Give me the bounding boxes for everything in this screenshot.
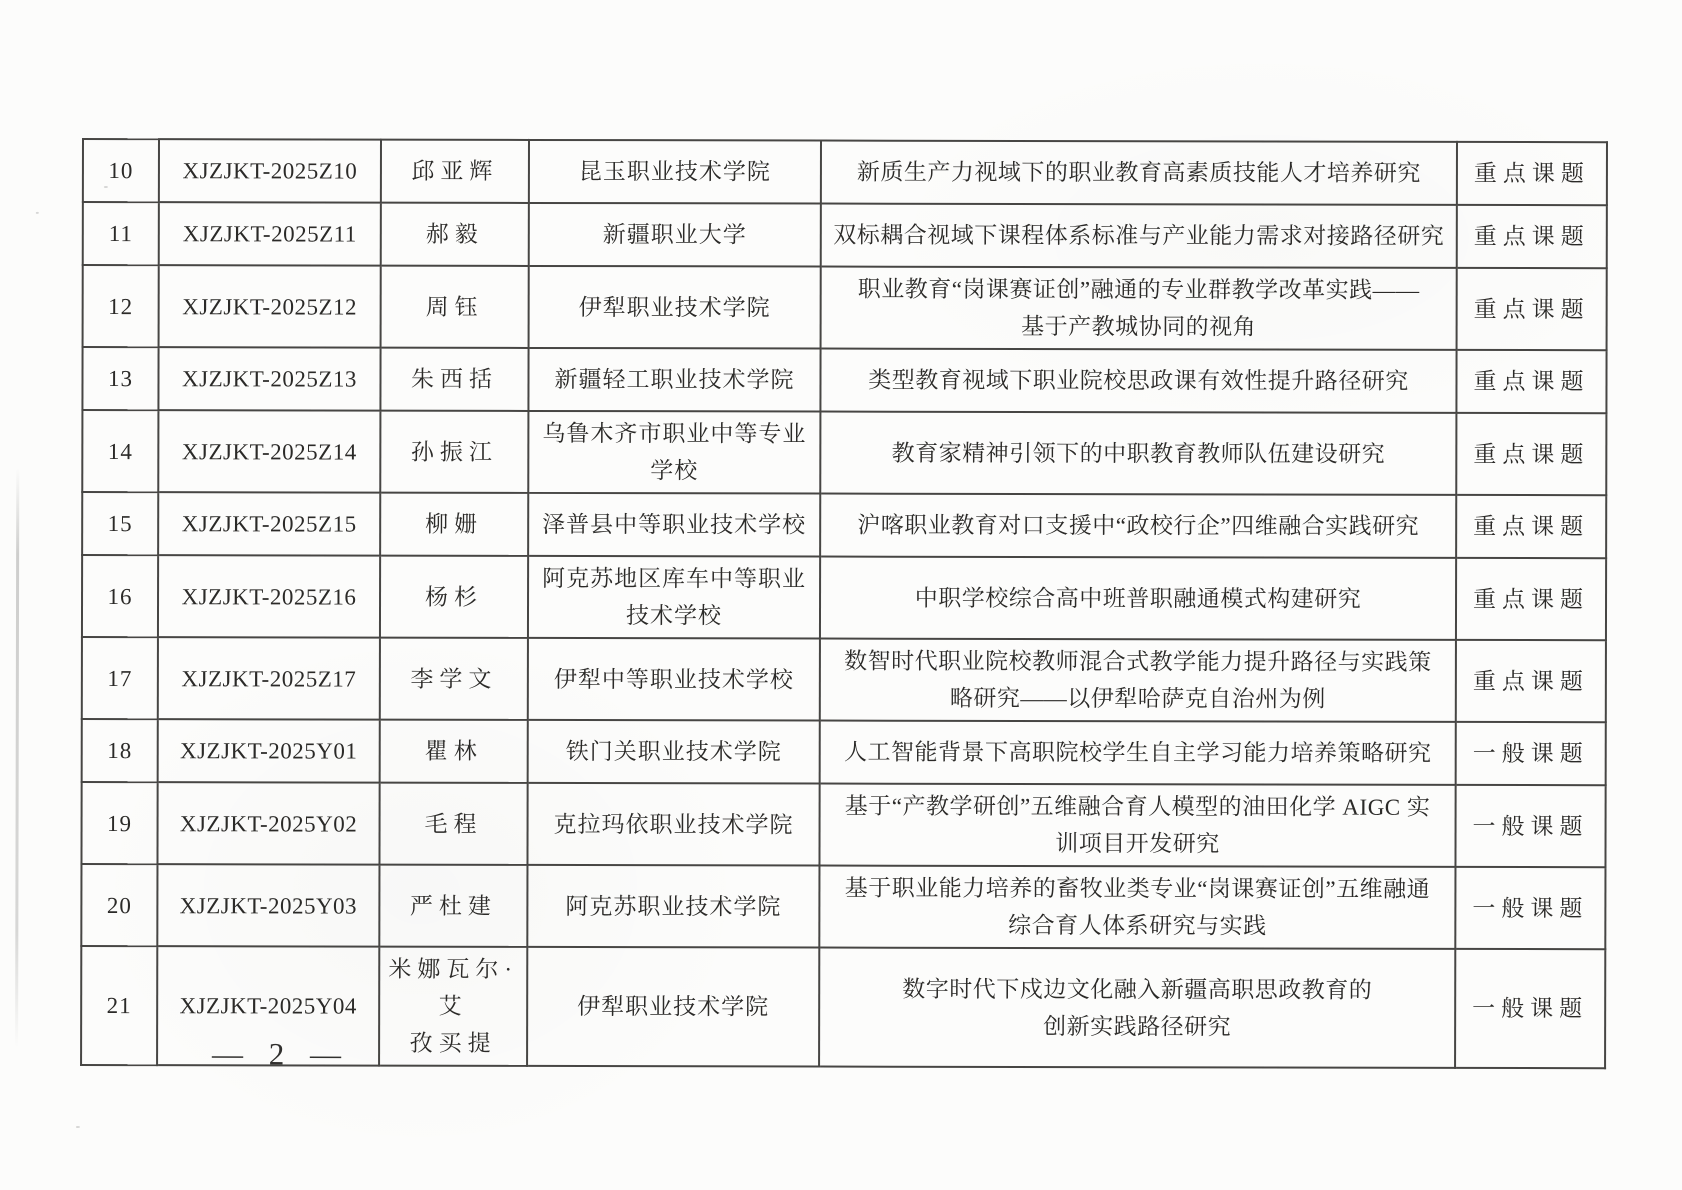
leader-name-cell: 瞿林 [380, 720, 528, 783]
project-title-cell: 数智时代职业院校教师混合式教学能力提升路径与实践策 略研究——以伊犁哈萨克自治州… [820, 639, 1456, 722]
page-number: — 2 — [212, 1036, 343, 1072]
category-cell: 重点课题 [1456, 413, 1606, 495]
project-code-cell: XJZJKT-2025Z11 [159, 202, 381, 265]
scan-artifact-streak [15, 468, 19, 1048]
project-title-cell: 新质生产力视域下的职业教育高素质技能人才培养研究 [821, 141, 1457, 205]
project-title-cell: 职业教育“岗课赛证创”融通的专业群教学改革实践—— 基于产教城协同的视角 [821, 267, 1457, 350]
institution-cell: 新疆轻工职业技术学院 [528, 348, 820, 412]
institution-cell: 伊犁职业技术学院 [527, 947, 819, 1067]
row-number-cell: 12 [83, 265, 159, 347]
table-row: 10 XJZJKT-2025Z10 邱亚辉 昆玉职业技术学院 新质生产力视域下的… [83, 139, 1607, 205]
leader-name-cell: 周钰 [381, 266, 529, 348]
leader-name-cell: 毛程 [379, 783, 527, 865]
leader-name-cell: 米娜瓦尔·艾 孜买提 [379, 947, 527, 1066]
scan-content: 10 XJZJKT-2025Z10 邱亚辉 昆玉职业技术学院 新质生产力视域下的… [0, 0, 1682, 1190]
table-row: 11 XJZJKT-2025Z11 郝毅 新疆职业大学 双标耦合视域下课程体系标… [83, 202, 1607, 268]
institution-cell: 克拉玛依职业技术学院 [527, 783, 819, 866]
row-number-cell: 15 [82, 492, 158, 555]
project-title-cell: 教育家精神引领下的中职教育教师队伍建设研究 [820, 412, 1456, 495]
category-cell: 重点课题 [1456, 640, 1606, 722]
category-cell: 重点课题 [1457, 142, 1607, 205]
row-number-cell: 20 [81, 864, 157, 946]
table-row: 16 XJZJKT-2025Z16 杨杉 阿克苏地区库车中等职业 技术学校 中职… [82, 555, 1606, 640]
institution-cell: 阿克苏地区库车中等职业 技术学校 [528, 556, 820, 639]
leader-name-cell: 杨杉 [380, 556, 528, 638]
table-row: 14 XJZJKT-2025Z14 孙振江 乌鲁木齐市职业中等专业 学校 教育家… [82, 410, 1606, 495]
institution-cell: 铁门关职业技术学院 [528, 720, 820, 784]
table-row: 18 XJZJKT-2025Y01 瞿林 铁门关职业技术学院 人工智能背景下高职… [82, 719, 1606, 785]
row-number-cell: 18 [82, 719, 158, 782]
project-title-cell: 基于“产教学研创”五维融合育人模型的油田化学 AIGC 实 训项目开发研究 [819, 784, 1455, 867]
projects-table: 10 XJZJKT-2025Z10 邱亚辉 昆玉职业技术学院 新质生产力视域下的… [80, 138, 1608, 1069]
project-code-cell: XJZJKT-2025Z13 [158, 347, 380, 410]
project-code-cell: XJZJKT-2025Y03 [157, 864, 379, 946]
institution-cell: 伊犁中等职业技术学校 [528, 638, 820, 721]
row-number-cell: 21 [81, 946, 157, 1065]
project-code-cell: XJZJKT-2025Z14 [158, 410, 380, 492]
project-code-cell: XJZJKT-2025Z17 [158, 637, 380, 719]
table-row: 15 XJZJKT-2025Z15 柳姗 泽普县中等职业技术学校 沪喀职业教育对… [82, 492, 1606, 558]
category-cell: 重点课题 [1456, 558, 1606, 640]
category-cell: 重点课题 [1457, 205, 1607, 268]
scan-artifact-speck [36, 212, 39, 214]
category-cell: 一般课题 [1455, 785, 1605, 867]
scan-artifact-speck [76, 1126, 80, 1128]
row-number-cell: 11 [83, 202, 159, 265]
table-row: 17 XJZJKT-2025Z17 李学文 伊犁中等职业技术学校 数智时代职业院… [82, 637, 1606, 722]
project-code-cell: XJZJKT-2025Y01 [158, 719, 380, 782]
leader-name-cell: 朱西括 [380, 348, 528, 411]
row-number-cell: 19 [81, 782, 157, 864]
institution-cell: 泽普县中等职业技术学校 [528, 493, 820, 557]
projects-table-body: 10 XJZJKT-2025Z10 邱亚辉 昆玉职业技术学院 新质生产力视域下的… [81, 139, 1607, 1068]
institution-cell: 昆玉职业技术学院 [529, 140, 821, 204]
project-title-cell: 沪喀职业教育对口支援中“政校行企”四维融合实践研究 [820, 494, 1456, 558]
leader-name-cell: 郝毅 [381, 203, 529, 266]
institution-cell: 伊犁职业技术学院 [529, 266, 821, 349]
row-number-cell: 17 [82, 637, 158, 719]
project-title-cell: 基于职业能力培养的畜牧业类专业“岗课赛证创”五维融通 综合育人体系研究与实践 [819, 866, 1455, 949]
table-row: 12 XJZJKT-2025Z12 周钰 伊犁职业技术学院 职业教育“岗课赛证创… [83, 265, 1607, 350]
scanned-document-page: 10 XJZJKT-2025Z10 邱亚辉 昆玉职业技术学院 新质生产力视域下的… [0, 0, 1682, 1190]
table-row: 13 XJZJKT-2025Z13 朱西括 新疆轻工职业技术学院 类型教育视域下… [82, 347, 1606, 413]
category-cell: 一般课题 [1456, 722, 1606, 785]
category-cell: 重点课题 [1457, 268, 1607, 350]
project-title-cell: 类型教育视域下职业院校思政课有效性提升路径研究 [820, 349, 1456, 413]
leader-name-cell: 孙振江 [380, 411, 528, 493]
leader-name-cell: 李学文 [380, 638, 528, 720]
row-number-cell: 14 [82, 410, 158, 492]
project-code-cell: XJZJKT-2025Y02 [157, 782, 379, 864]
project-title-cell: 人工智能背景下高职院校学生自主学习能力培养策略研究 [820, 721, 1456, 785]
institution-cell: 乌鲁木齐市职业中等专业 学校 [528, 411, 820, 494]
project-title-cell: 中职学校综合高中班普职融通模式构建研究 [820, 557, 1456, 640]
category-cell: 一般课题 [1455, 867, 1605, 949]
institution-cell: 阿克苏职业技术学院 [527, 865, 819, 948]
institution-cell: 新疆职业大学 [529, 203, 821, 267]
project-code-cell: XJZJKT-2025Z16 [158, 555, 380, 637]
row-number-cell: 13 [82, 347, 158, 410]
row-number-cell: 16 [82, 555, 158, 637]
project-code-cell: XJZJKT-2025Z15 [158, 492, 380, 555]
leader-name-cell: 邱亚辉 [381, 140, 529, 203]
table-row: 19 XJZJKT-2025Y02 毛程 克拉玛依职业技术学院 基于“产教学研创… [81, 782, 1605, 867]
row-number-cell: 10 [83, 139, 159, 202]
table-row: 20 XJZJKT-2025Y03 严杜建 阿克苏职业技术学院 基于职业能力培养… [81, 864, 1605, 949]
project-title-cell: 数字时代下戍边文化融入新疆高职思政教育的 创新实践路径研究 [819, 948, 1455, 1068]
project-code-cell: XJZJKT-2025Z10 [159, 139, 381, 202]
project-code-cell: XJZJKT-2025Z12 [159, 265, 381, 347]
category-cell: 重点课题 [1456, 350, 1606, 413]
project-title-cell: 双标耦合视域下课程体系标准与产业能力需求对接路径研究 [821, 204, 1457, 268]
category-cell: 一般课题 [1455, 949, 1605, 1068]
category-cell: 重点课题 [1456, 495, 1606, 558]
leader-name-cell: 严杜建 [379, 865, 527, 947]
leader-name-cell: 柳姗 [380, 493, 528, 556]
